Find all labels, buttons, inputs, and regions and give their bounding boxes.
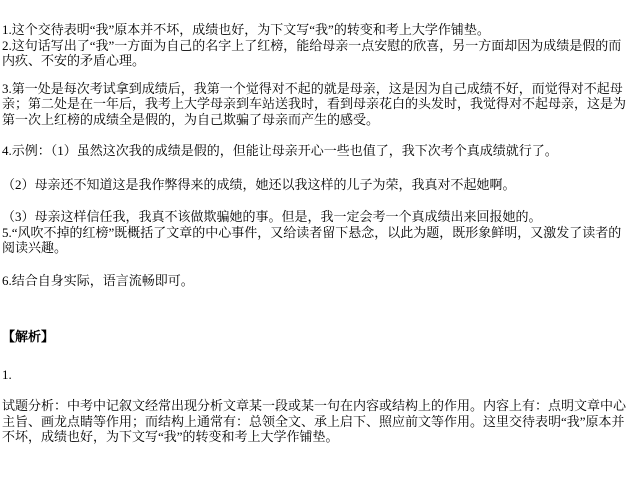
answer-3: 3.第一处是每次考试拿到成绩后，我第一个觉得对不起的就是母亲，这是因为自己成绩不…: [2, 81, 628, 128]
answer-6: 6.结合自身实际，语言流畅即可。: [2, 273, 628, 289]
analysis-section-heading: 【解析】: [2, 329, 628, 345]
answer-sheet-document: 1.这个交待表明“我”原本并不坏，成绩也好，为下文写“我”的转变和考上大学作铺垫…: [0, 0, 630, 445]
answer-4-example-1: 4.示例：（1）虽然这次我的成绩是假的，但能让母亲开心一些也值了，我下次考个真成…: [2, 143, 628, 159]
answer-2: 2.这句话写出了“我”一方面为自己的名字上了红榜，能给母亲一点安慰的欣喜，另一方…: [2, 38, 628, 69]
analysis-item-number: 1.: [2, 367, 628, 383]
answer-1: 1.这个交待表明“我”原本并不坏，成绩也好，为下文写“我”的转变和考上大学作铺垫…: [2, 22, 628, 38]
answer-4-example-3: （3）母亲这样信任我，我真不该做欺骗她的事。但是，我一定会考一个真成绩出来回报她…: [2, 209, 628, 225]
answer-4-example-2: （2）母亲还不知道这是我作弊得来的成绩，她还以我这样的儿子为荣，我真对不起她啊。: [2, 177, 628, 193]
answer-5: 5.“风吹不掉的红榜”既概括了文章的中心事件，又给读者留下悬念，以此为题，既形象…: [2, 225, 628, 256]
analysis-body-text: 试题分析：中考中记叙文经常出现分析文章某一段或某一句在内容或结构上的作用。内容上…: [2, 398, 628, 445]
